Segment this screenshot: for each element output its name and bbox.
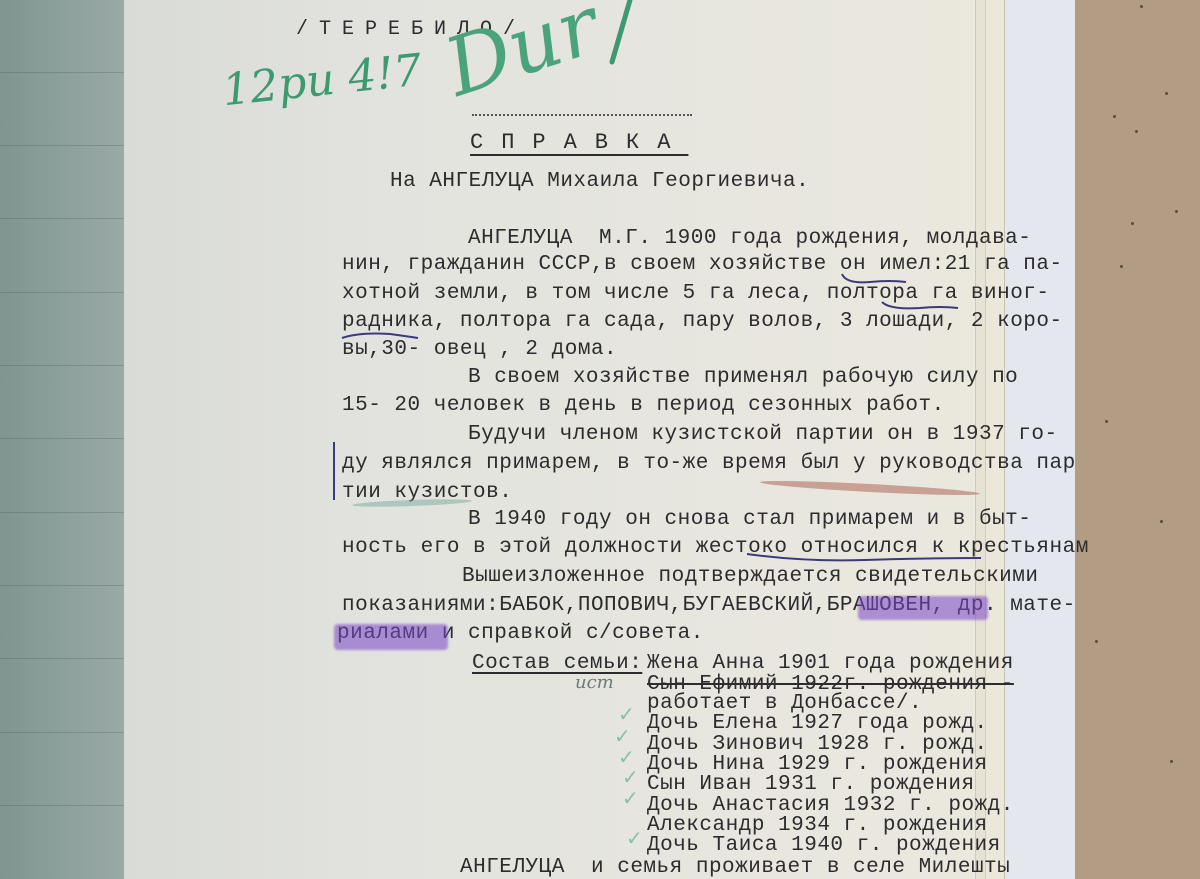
margin-pen-mark [333, 442, 335, 500]
check-mark-icon: ✓ [622, 786, 639, 810]
check-mark-icon: ✓ [618, 702, 635, 726]
text-line: 15- 20 человек в день в период сезонных … [342, 394, 945, 417]
ink-underline [745, 548, 985, 566]
handwritten-margin-mark: ист [575, 672, 614, 693]
family-label: Состав семьи: [472, 652, 642, 675]
text-line: Будучи членом кузистской партии он в 193… [468, 423, 1058, 446]
family-member: Жена Анна 1901 года рождения [647, 652, 1014, 675]
family-member: Дочь Елена 1927 года рожд. [647, 712, 988, 735]
purple-ink-redaction [858, 596, 988, 620]
text-line: АНГЕЛУЦА М.Г. 1900 года рождения, молдав… [468, 227, 1031, 250]
folder-cover-left [0, 0, 125, 879]
text-line: Вышеизложенное подтверждается свидетельс… [462, 565, 1039, 588]
ink-underline [880, 298, 960, 314]
text-line: В своем хозяйстве применял рабочую силу … [468, 366, 1018, 389]
ink-underline [340, 328, 420, 344]
text-line: В 1940 году он снова стал примарем и в б… [468, 508, 1031, 531]
document-subtitle: На АНГЕЛУЦА Михаила Георгиевича. [390, 170, 809, 193]
purple-ink-redaction [334, 624, 448, 650]
dotted-rule [472, 114, 692, 116]
check-mark-icon: ✓ [626, 826, 643, 850]
family-member: Дочь Таиса 1940 г. рождения [647, 834, 1001, 857]
green-pencil-stroke [600, 0, 640, 70]
document-title: СПРАВКА [470, 130, 688, 155]
cardboard-folder [1075, 0, 1200, 879]
text-line: нин, гражданин СССР,в своем хозяйстве он… [342, 253, 1063, 276]
ink-underline [840, 270, 910, 290]
family-member: Сын Иван 1931 г. рождения [647, 773, 975, 796]
closing-line: АНГЕЛУЦА и семья проживает в селе Милешт… [460, 856, 1010, 879]
text-line: ду являлся примарем, в то-же время был у… [342, 452, 1076, 475]
